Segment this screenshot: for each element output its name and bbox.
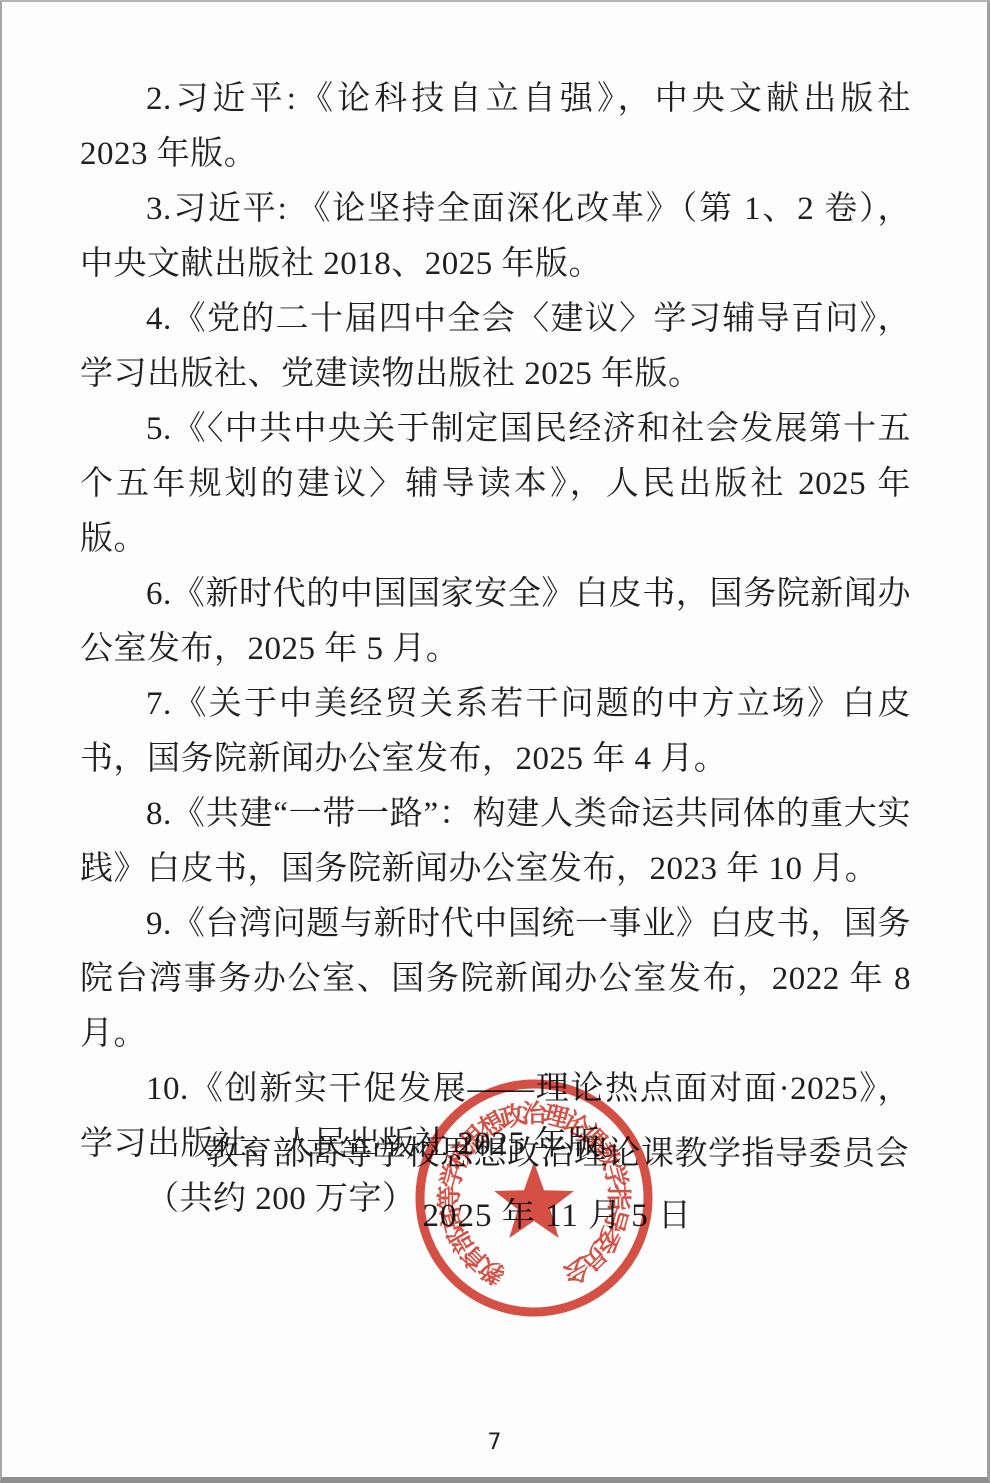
document-page: 2.习近平:《论科技自立自强》，中央文献出版社 2023 年版。 3.习近平: … [0, 0, 990, 1483]
reference-item: 3.习近平: 《论坚持全面深化改革》（第 1、2 卷），中央文献出版社 2018… [80, 182, 911, 292]
star-icon [494, 1162, 574, 1238]
reference-item: 7.《关于中美经贸关系若干问题的中方立场》白皮书，国务院新闻办公室发布，2025… [80, 677, 911, 787]
reference-item: 2.习近平:《论科技自立自强》，中央文献出版社 2023 年版。 [80, 72, 911, 182]
reference-item: 9.《台湾问题与新时代中国统一事业》白皮书，国务院台湾事务办公室、国务院新闻办公… [80, 897, 911, 1062]
reference-item: 8.《共建“一带一路”：构建人类命运共同体的重大实践》白皮书，国务院新闻办公室发… [80, 787, 911, 897]
reference-list: 2.习近平:《论科技自立自强》，中央文献出版社 2023 年版。 3.习近平: … [80, 72, 911, 1227]
reference-item: 4.《党的二十届四中全会〈建议〉学习辅导百问》，学习出版社、党建读物出版社 20… [80, 292, 911, 402]
reference-item: 5.《〈中共中央关于制定国民经济和社会发展第十五个五年规划的建议〉辅导读本》，人… [80, 402, 911, 567]
official-seal-icon: 教育部高等学校思想政治理论课教学指导委员会 [410, 1074, 658, 1322]
reference-item: 6.《新时代的中国国家安全》白皮书，国务院新闻办公室发布，2025 年 5 月。 [80, 567, 911, 677]
page-number: 7 [2, 1430, 987, 1455]
